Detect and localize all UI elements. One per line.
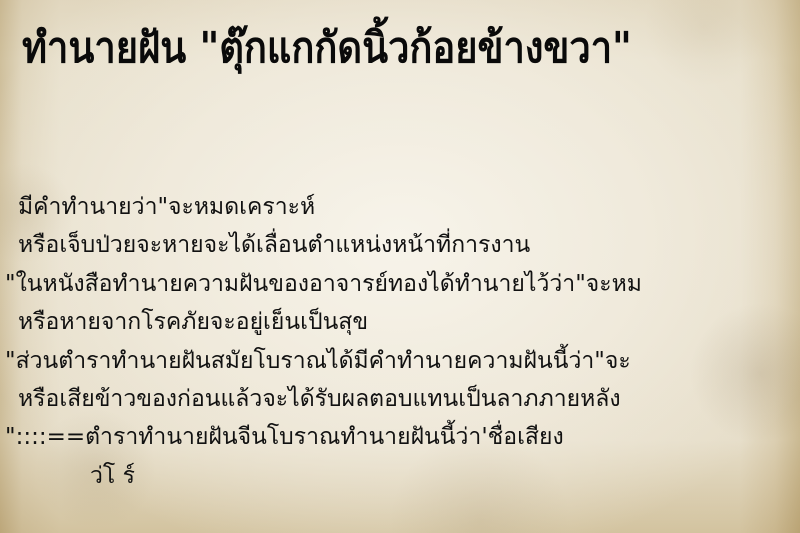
text-line: หรือเสียข้าวของก่อนแล้วจะได้รับผลตอบแทนเ… (0, 380, 800, 418)
text-line: มีคำทำนายว่า"จะหมดเคราะห์ (0, 188, 800, 226)
prediction-text: มีคำทำนายว่า"จะหมดเคราะห์ หรือเจ็บป่วยจะ… (0, 188, 800, 495)
text-line: "ส่วนตำราทำนายฝันสมัยโบราณได้มีคำทำนายคว… (0, 342, 800, 380)
text-line: หรือหายจากโรคภัยจะอยู่เย็นเป็นสุข (0, 303, 800, 341)
page-title: ทำนายฝัน "ตุ๊กแกกัดนิ้วก้อยข้างขวา" (22, 14, 632, 81)
text-line: "::::==ตำราทำนายฝันจีนโบราณทำนายฝันนี้ว่… (0, 418, 800, 456)
text-line: "ในหนังสือทำนายความฝันของอาจารย์ทองได้ทำ… (0, 265, 800, 303)
text-line-partial: ว่โ ร์ (0, 457, 800, 495)
text-line: หรือเจ็บป่วยจะหายจะได้เลื่อนตำแหน่งหน้าท… (0, 226, 800, 264)
